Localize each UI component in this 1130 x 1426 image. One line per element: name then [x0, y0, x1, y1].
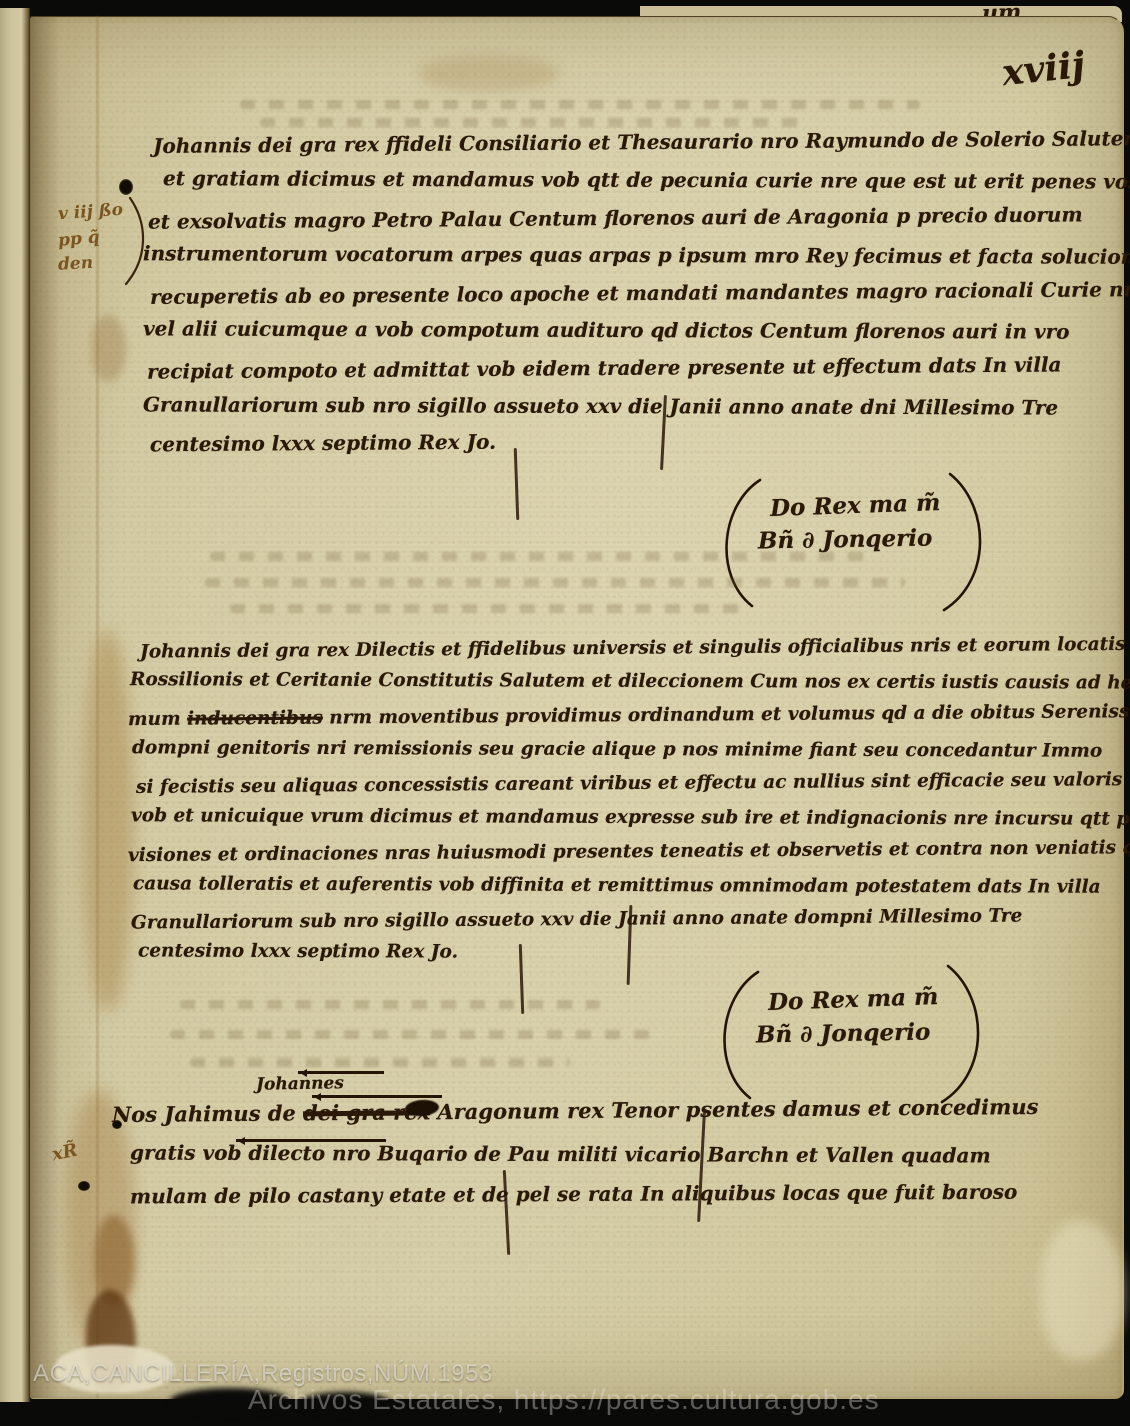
ink-showthrough [205, 578, 905, 587]
ink-showthrough [190, 1058, 570, 1067]
wormhole [78, 1181, 90, 1191]
manuscript-line: Rossilionis et Ceritanie Constitutis Sal… [130, 669, 1130, 694]
stain [92, 315, 126, 381]
line-segment: Rossilionis et Ceritanie Constitutis Sal… [130, 669, 1130, 694]
margin-note-top: v iij ßo pp q̃ den [58, 202, 123, 273]
ink-showthrough [180, 1000, 600, 1009]
margin-note-line: v iij ßo [57, 200, 123, 224]
manuscript-line: et gratiam dicimus et mandamus vob qtt d… [163, 166, 1130, 194]
signature-line: Bñ ∂ Jonqerio [756, 1018, 931, 1048]
signature-line: Bñ ∂ Jonqerio [758, 524, 933, 554]
manuscript-scan: um xviij v iij ßo pp q̃ den Johannis dei… [0, 0, 1130, 1426]
manuscript-line: gratis vob dilecto nro Buqario de Pau mi… [130, 1140, 991, 1167]
folio-number: xviij [1000, 44, 1087, 94]
correction-stroke [298, 1071, 384, 1074]
royal-signature-note-2: Do Rex ma m̃ Bñ ∂ Jonqerio [696, 956, 996, 1106]
line-segment: Aragonum rex Tenor psentes damus et conc… [430, 1094, 1039, 1124]
ink-showthrough [230, 604, 750, 613]
stain [420, 55, 560, 91]
light-patch [1040, 1220, 1125, 1360]
manuscript-line: centesimo lxxx septimo Rex Jo. [138, 940, 458, 962]
ink-showthrough [170, 1030, 650, 1039]
binding-edge [0, 8, 30, 1402]
archive-watermark-url: Archivos Estatales, https://pares.cultur… [248, 1384, 880, 1416]
correction-stroke [236, 1139, 386, 1142]
manuscript-line: centesimo lxxx septimo Rex Jo. [150, 430, 496, 457]
manuscript-line: instrumentorum vocatorum arpes quas arpa… [143, 241, 1130, 269]
ink-showthrough [240, 100, 920, 109]
manuscript-line: Granullariorum sub nro sigillo assueto x… [143, 392, 1058, 419]
correction-stroke [312, 1095, 442, 1098]
ink-showthrough [260, 118, 800, 127]
struck-word: inducentibus [187, 708, 323, 730]
line-segment: mum [128, 709, 187, 730]
manuscript-line: dompni genitoris nri remissionis seu gra… [132, 737, 1102, 761]
manuscript-line: vob et unicuique vrum dicimus et mandamu… [131, 805, 1130, 830]
line-segment: Nos Jahimus de [112, 1100, 303, 1127]
manuscript-line: causa tolleratis et auferentis vob diffi… [133, 873, 1101, 897]
royal-signature-note-1: Do Rex ma m̃ Bñ ∂ Jonqerio [698, 464, 998, 614]
ink-showthrough [210, 552, 870, 561]
margin-note-line: den [58, 251, 124, 274]
manuscript-line: vel alii cuicumque a vob compotum auditu… [143, 316, 1070, 343]
manuscript-line: mulam de pilo castany etate et de pel se… [130, 1180, 1017, 1209]
margin-note-line: pp q̃ [57, 225, 124, 251]
